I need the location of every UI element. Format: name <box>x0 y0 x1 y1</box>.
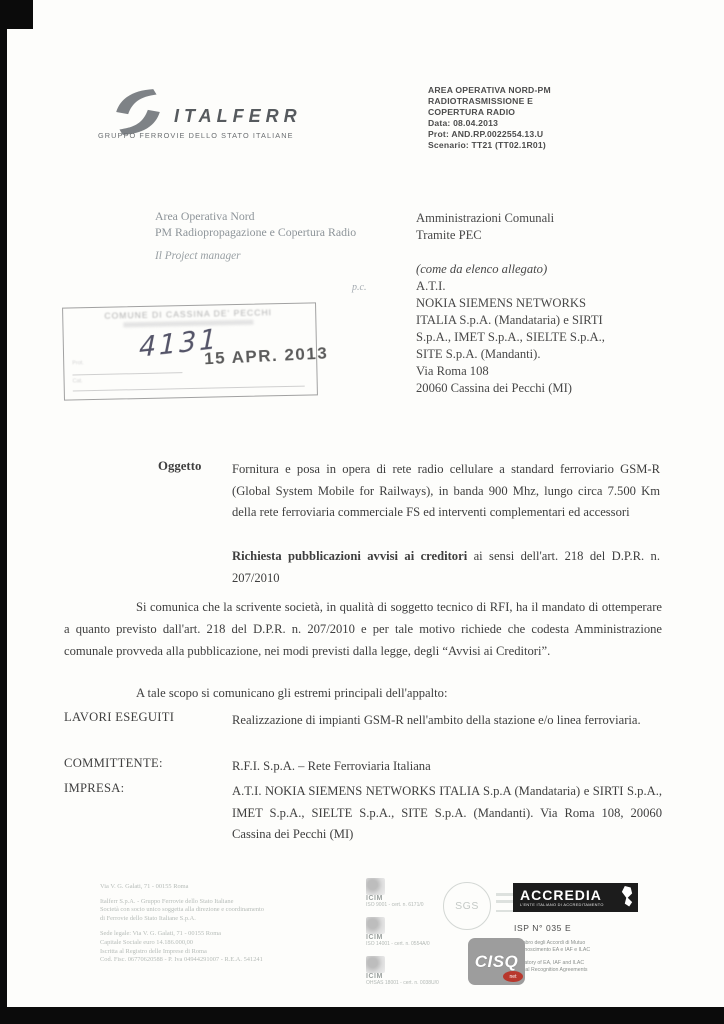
subject-label: Oggetto <box>158 459 201 474</box>
footer-address: Via V. G. Galati, 71 - 00155 Roma <box>100 883 264 892</box>
subject-request-bold: Richiesta pubblicazioni avvisi ai credit… <box>232 549 467 563</box>
recipient-line: S.p.A., IMET S.p.A., SIELTE S.p.A., <box>416 329 605 346</box>
scan-artifact-top-left-corner <box>0 0 33 29</box>
icim-cert-detail: ISO 14001 - cert. n. 0554A/0 <box>366 941 430 947</box>
csq-label: CISQ <box>475 952 519 972</box>
detail-label-lavori: LAVORI ESEGUITI <box>64 710 174 725</box>
icim-logo-icon <box>366 917 385 934</box>
office-line: COPERTURA RADIO <box>428 107 551 118</box>
footer-line: di Ferrovie dello Stato Italiane S.p.A. <box>100 915 264 924</box>
office-line: AREA OPERATIVA NORD-PM <box>428 85 551 96</box>
sender-line: Area Operativa Nord <box>155 208 356 224</box>
recipient-line: Via Roma 108 <box>416 363 605 380</box>
subject-request: Richiesta pubblicazioni avvisi ai credit… <box>232 546 660 589</box>
icim-name: ICIM <box>366 895 424 902</box>
csq-net-badge: net <box>503 971 523 982</box>
recipient-line: NOKIA SIEMENS NETWORKS <box>416 295 605 312</box>
detail-value-impresa: A.T.I. NOKIA SIEMENS NETWORKS ITALIA S.p… <box>232 781 662 846</box>
stamp-rule <box>73 386 305 392</box>
csq-logo: CISQ net <box>468 938 525 985</box>
protocol-line: Prot: AND.RP.0022554.13.U <box>428 129 551 140</box>
recipient-line: 20060 Cassina dei Pecchi (MI) <box>416 380 605 397</box>
recipient-party-block: (come da elenco allegato) A.T.I. NOKIA S… <box>416 261 605 397</box>
stamp-date: 15 APR. 2013 <box>204 343 329 369</box>
icim-cert-1: ICIM ISO 9001 - cert. n. 6171/0 <box>366 878 424 908</box>
recipient-note: (come da elenco allegato) <box>416 261 605 278</box>
icim-name: ICIM <box>366 973 439 980</box>
body-paragraph-2: A tale scopo si comunicano gli estremi p… <box>64 682 662 704</box>
subject-text: Fornitura e posa in opera di rete radio … <box>232 459 660 524</box>
detail-value-lavori: Realizzazione di impianti GSM-R nell'amb… <box>232 710 662 732</box>
protocol-stamp: COMUNE DI CASSINA DE' PECCHI 4131 15 APR… <box>62 302 318 400</box>
sender-block: Area Operativa Nord PM Radiopropagazione… <box>155 208 356 240</box>
recipient-line: ITALIA S.p.A. (Mandataria) e SIRTI <box>416 312 605 329</box>
icim-name: ICIM <box>366 934 430 941</box>
mra-membro-text: Membro degli Accordi di Mutuo Riconoscim… <box>514 940 590 954</box>
recipient-line: A.T.I. <box>416 278 605 295</box>
footer-line: Capitale Sociale euro 14.186.000,00 <box>100 939 264 948</box>
footer-line: Sede legale: Via V. G. Galati, 71 - 0015… <box>100 930 264 939</box>
accredia-logo: ACCREDIA L'ENTE ITALIANO DI ACCREDITAMEN… <box>513 883 638 912</box>
icim-logo-icon <box>366 878 385 895</box>
date-line: Data: 08.04.2013 <box>428 118 551 129</box>
cc-abbreviation: p.c. <box>352 282 366 293</box>
icim-logo-icon <box>366 956 385 973</box>
scan-artifact-left-edge <box>0 0 7 1024</box>
brand-wordmark: ITALFERR <box>174 106 302 127</box>
footer-line: Società con socio unico soggetta alla di… <box>100 906 264 915</box>
body-paragraph-1: Si comunica che la scrivente società, in… <box>64 596 662 662</box>
footer-line: Italferr S.p.A. - Gruppo Ferrovie dello … <box>100 898 264 907</box>
scenario-line: Scenario: TT21 (TT02.1R01) <box>428 140 551 151</box>
stamp-municipality: COMUNE DI CASSINA DE' PECCHI <box>69 307 307 322</box>
icim-cert-2: ICIM ISO 14001 - cert. n. 0554A/0 <box>366 917 430 947</box>
isp-number: ISP N° 035 E <box>514 923 571 933</box>
sgs-label: SGS <box>455 900 479 912</box>
recipient-block: Amministrazioni Comunali Tramite PEC <box>416 210 554 244</box>
scanned-letter-page: ITALFERR GRUPPO FERROVIE DELLO STATO ITA… <box>0 0 724 1024</box>
footer-line: Cod. Fisc. 06770620588 - P. Iva 04944291… <box>100 956 264 965</box>
office-block: AREA OPERATIVA NORD-PM RADIOTRASMISSIONE… <box>428 85 551 151</box>
detail-label-impresa: IMPRESA: <box>64 781 125 796</box>
stamp-field-label: Cat. <box>73 378 83 384</box>
recipient-line: Tramite PEC <box>416 227 554 244</box>
mra-line: Riconoscimento EA e IAF e ILAC <box>514 947 590 954</box>
icim-cert-detail: OHSAS 18001 - cert. n. 0038U/0 <box>366 980 439 986</box>
scan-artifact-bottom-edge <box>0 1007 724 1024</box>
footer-company-info: Via V. G. Galati, 71 - 00155 Roma Italfe… <box>100 883 264 965</box>
sender-role: Il Project manager <box>155 250 241 262</box>
mra-line: Membro degli Accordi di Mutuo <box>514 940 590 947</box>
stamp-field-label: Prot. <box>72 360 84 366</box>
recipient-line: SITE S.p.A. (Mandanti). <box>416 346 605 363</box>
sender-line: PM Radiopropagazione e Copertura Radio <box>155 224 356 240</box>
brand-subtitle: GRUPPO FERROVIE DELLO STATO ITALIANE <box>98 131 294 140</box>
recipient-line: Amministrazioni Comunali <box>416 210 554 227</box>
office-line: RADIOTRASMISSIONE E <box>428 96 551 107</box>
sgs-stamp-icon: SGS <box>443 882 491 930</box>
fs-logo-icon <box>112 88 164 136</box>
detail-value-committente: R.F.I. S.p.A. – Rete Ferroviaria Italian… <box>232 756 662 778</box>
stamp-rule <box>72 372 182 375</box>
icim-cert-detail: ISO 9001 - cert. n. 6171/0 <box>366 902 424 908</box>
mra-line: Mutual Recognition Agreements <box>514 967 588 974</box>
italy-silhouette-icon <box>620 886 634 908</box>
detail-label-committente: COMMITTENTE: <box>64 756 163 771</box>
mra-line: Signatory of EA, IAF and ILAC <box>514 960 588 967</box>
sgs-text-blur <box>496 910 514 912</box>
mra-signatory-text: Signatory of EA, IAF and ILAC Mutual Rec… <box>514 960 588 974</box>
icim-cert-3: ICIM OHSAS 18001 - cert. n. 0038U/0 <box>366 956 439 986</box>
footer-line: Iscritta al Registro delle Imprese di Ro… <box>100 948 264 957</box>
